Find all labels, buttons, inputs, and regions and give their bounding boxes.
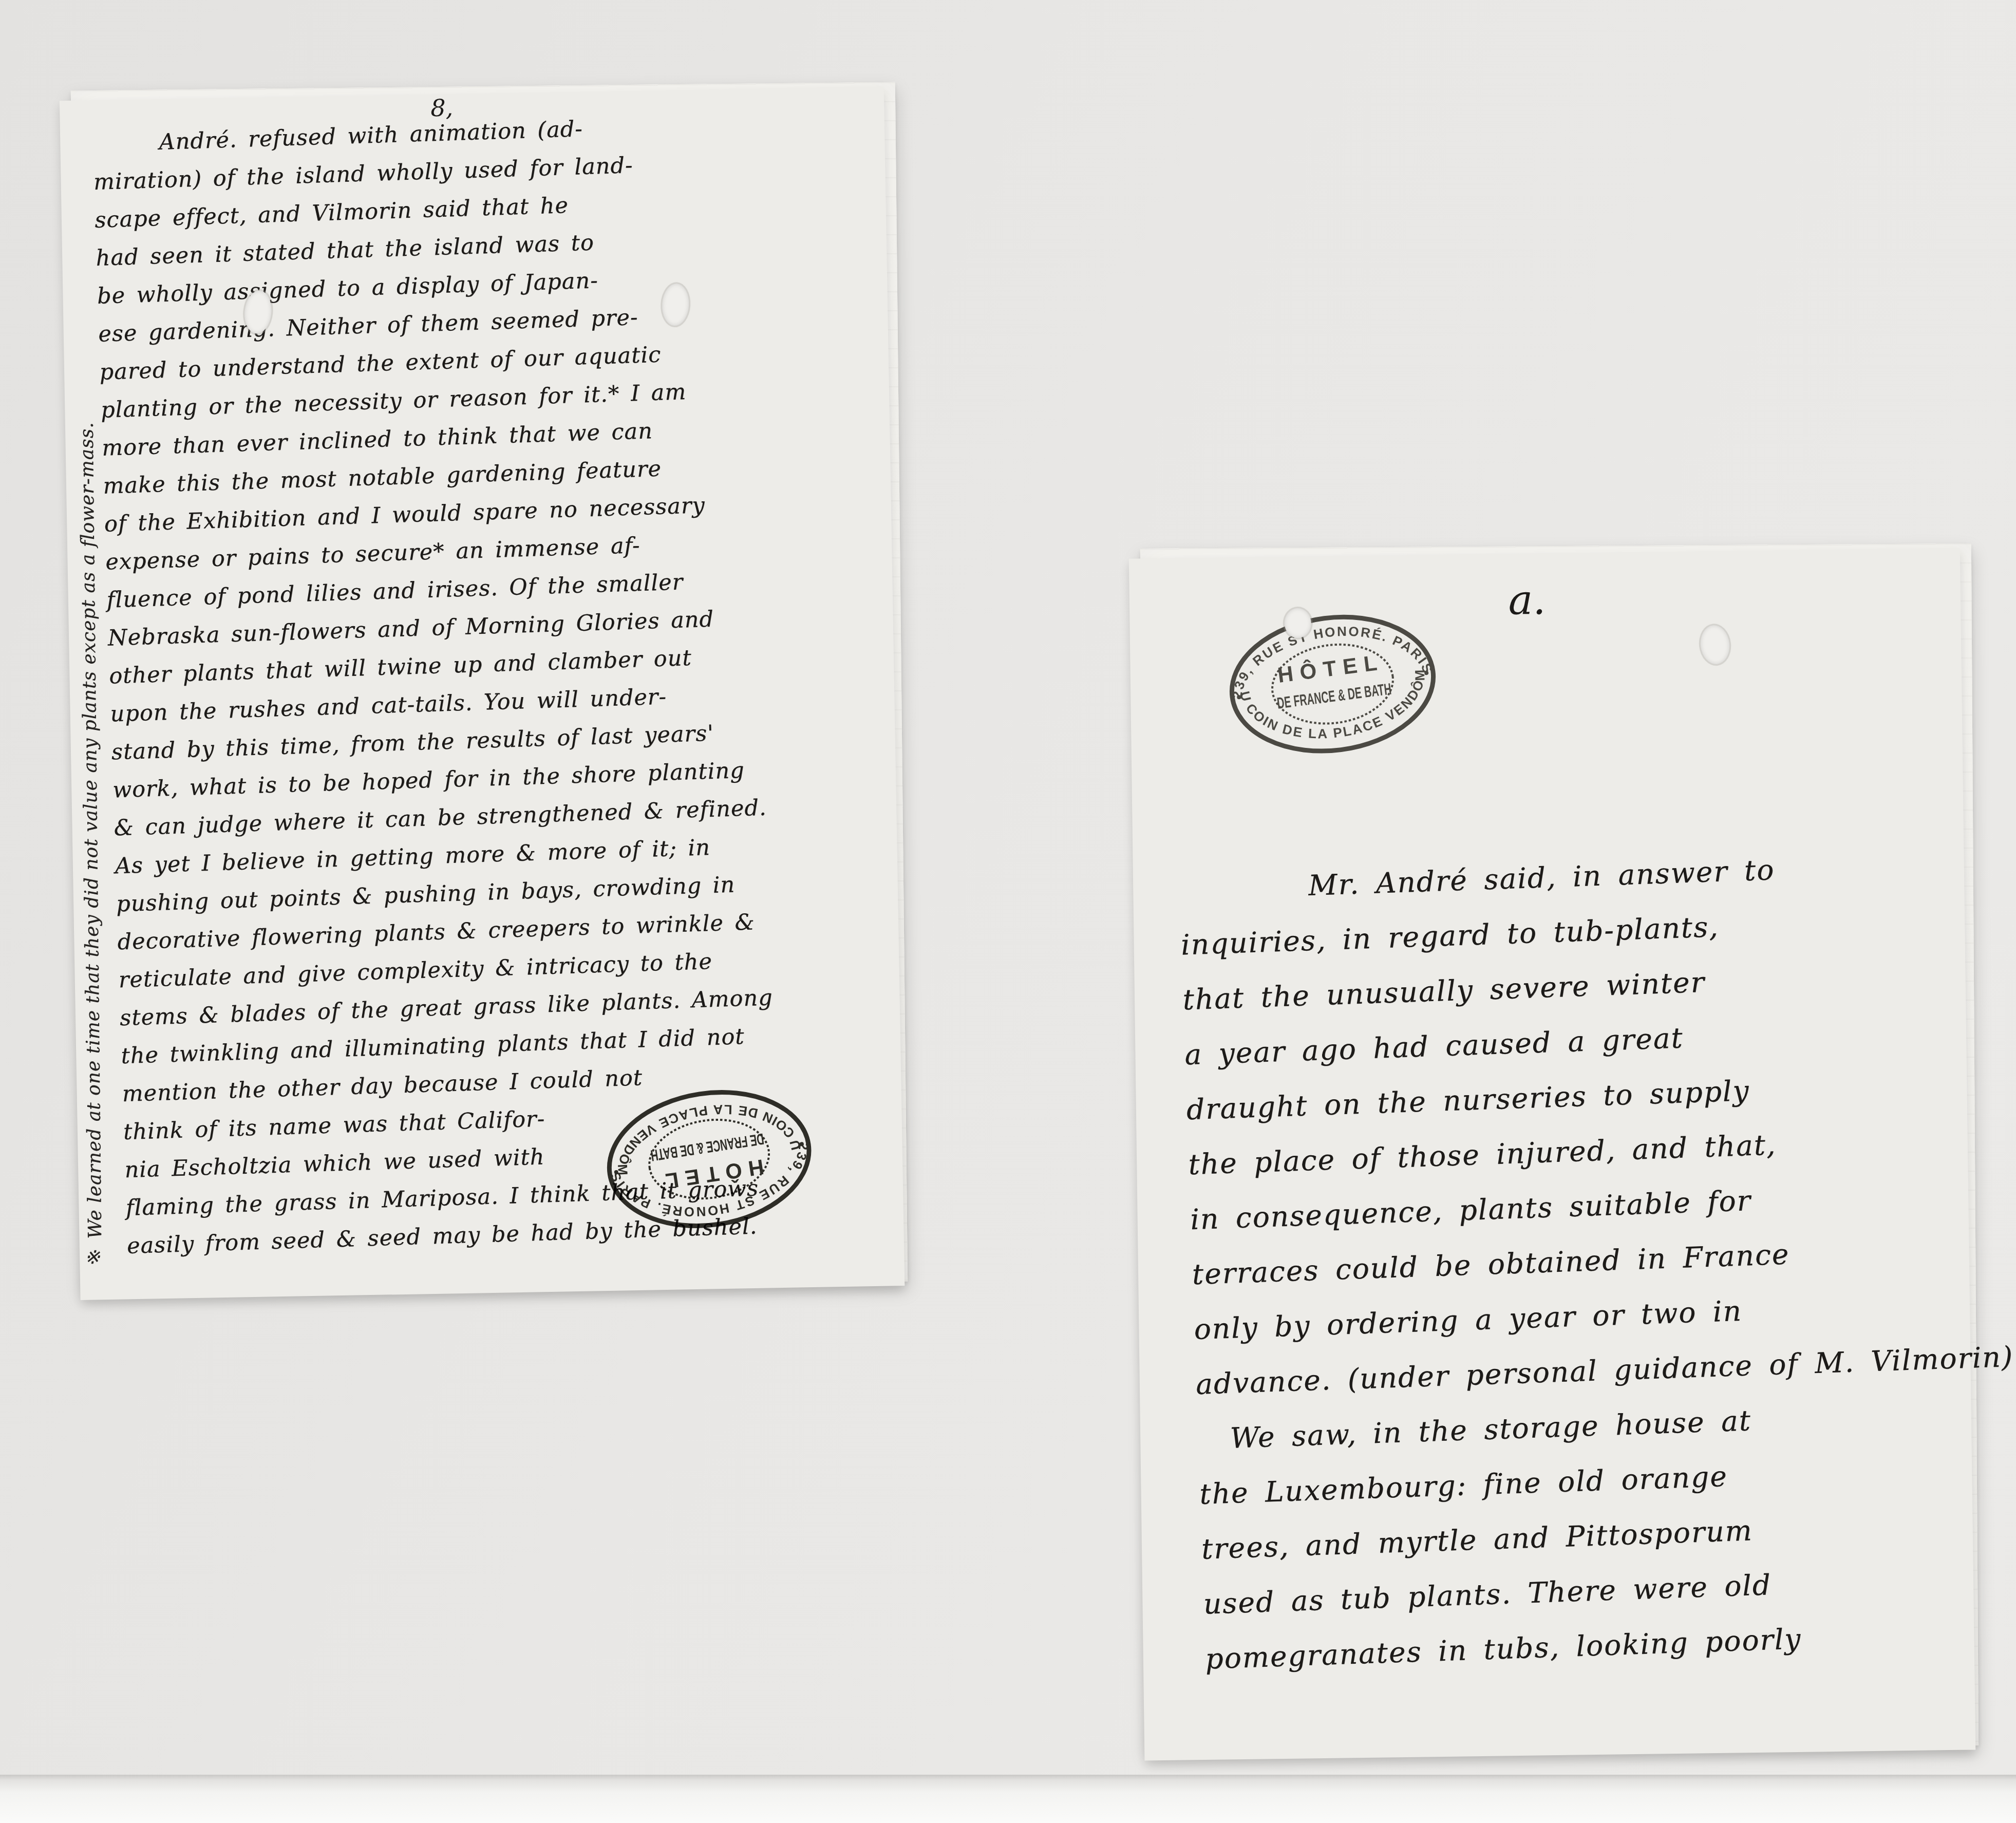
shelf-edge — [0, 1775, 2016, 1823]
manuscript-text: Mr. André said, in answer toinquiries, i… — [1178, 836, 1976, 1686]
photo-backdrop: 8, ※ We learned at one time that they di… — [0, 0, 2016, 1823]
punch-hole — [1285, 608, 1311, 638]
left-manuscript-page: 8, ※ We learned at one time that they di… — [71, 82, 908, 1290]
hotel-stamp-graphic: 239, RUE ST HONORÉ. PARIS AU COIN DE LA … — [1219, 600, 1447, 767]
punch-hole — [1699, 624, 1731, 666]
page-label: a. — [1508, 576, 1546, 624]
hotel-stamp: 239, RUE ST HONORÉ. PARIS AU COIN DE LA … — [1219, 600, 1447, 767]
stamp-hotel-word: HÔTEL — [1276, 649, 1385, 687]
right-manuscript-page: a. 239, RUE ST HONORÉ. PARIS AU COIN DE … — [1140, 543, 1979, 1751]
